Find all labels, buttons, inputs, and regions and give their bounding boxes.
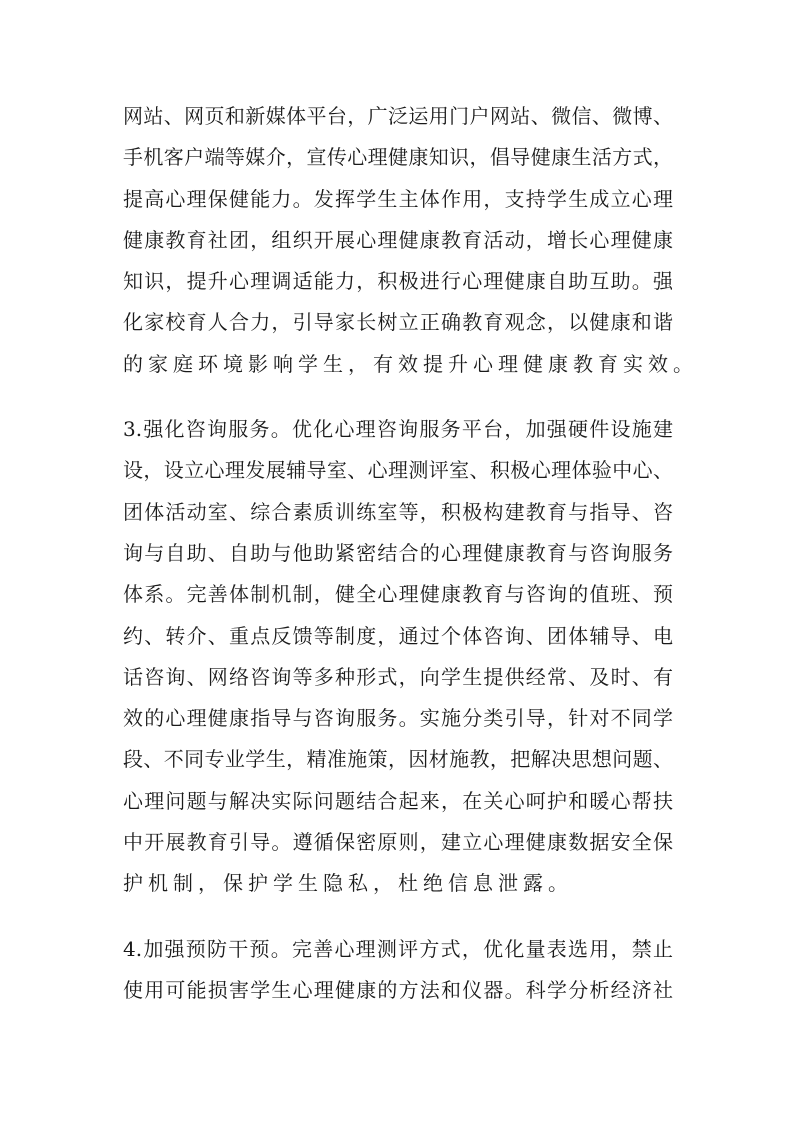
text-line: 段、不同专业学生，精准施策，因材施教，把解决思想问题、 [123, 739, 673, 780]
text-line: 使用可能损害学生心理健康的方法和仪器。科学分析经济社 [123, 970, 673, 1011]
text-line: 3.强化咨询服务。优化心理咨询服务平台，加强硬件设施建 [123, 409, 673, 450]
text-line: 约、转介、重点反馈等制度，通过个体咨询、团体辅导、电 [123, 616, 673, 657]
text-line: 知识，提升心理调适能力，积极进行心理健康自助互助。强 [123, 261, 673, 302]
paragraph-prevention-intervention: 4.加强预防干预。完善心理测评方式，优化量表选用，禁止 使用可能损害学生心理健康… [123, 929, 673, 1012]
text-line: 网站、网页和新媒体平台，广泛运用门户网站、微信、微博、 [123, 96, 673, 137]
text-line: 团体活动室、综合素质训练室等，积极构建教育与指导、咨 [123, 492, 673, 533]
text-line: 中开展教育引导。遵循保密原则，建立心理健康数据安全保 [123, 822, 673, 863]
text-line: 化家校育人合力，引导家长树立正确教育观念，以健康和谐 [123, 302, 673, 343]
text-line: 手机客户端等媒介，宣传心理健康知识，倡导健康生活方式， [123, 137, 673, 178]
text-line: 的家庭环境影响学生，有效提升心理健康教育实效。 [123, 344, 673, 385]
text-line: 健康教育社团，组织开展心理健康教育活动，增长心理健康 [123, 220, 673, 261]
paragraph-consulting-services: 3.强化咨询服务。优化心理咨询服务平台，加强硬件设施建 设，设立心理发展辅导室、… [123, 409, 673, 905]
text-line: 询与自助、自助与他助紧密结合的心理健康教育与咨询服务 [123, 533, 673, 574]
text-line: 心理问题与解决实际问题结合起来，在关心呵护和暖心帮扶 [123, 781, 673, 822]
text-line: 设，设立心理发展辅导室、心理测评室、积极心理体验中心、 [123, 450, 673, 491]
text-line: 话咨询、网络咨询等多种形式，向学生提供经常、及时、有 [123, 657, 673, 698]
text-line: 4.加强预防干预。完善心理测评方式，优化量表选用，禁止 [123, 929, 673, 970]
text-line: 效的心理健康指导与咨询服务。实施分类引导，针对不同学 [123, 698, 673, 739]
text-line: 体系。完善体制机制，健全心理健康教育与咨询的值班、预 [123, 574, 673, 615]
text-line: 护机制，保护学生隐私，杜绝信息泄露。 [123, 863, 673, 904]
document-page: 网站、网页和新媒体平台，广泛运用门户网站、微信、微博、 手机客户端等媒介，宣传心… [123, 96, 673, 1035]
text-line: 提高心理保健能力。发挥学生主体作用，支持学生成立心理 [123, 179, 673, 220]
paragraph-1-continuation: 网站、网页和新媒体平台，广泛运用门户网站、微信、微博、 手机客户端等媒介，宣传心… [123, 96, 673, 385]
